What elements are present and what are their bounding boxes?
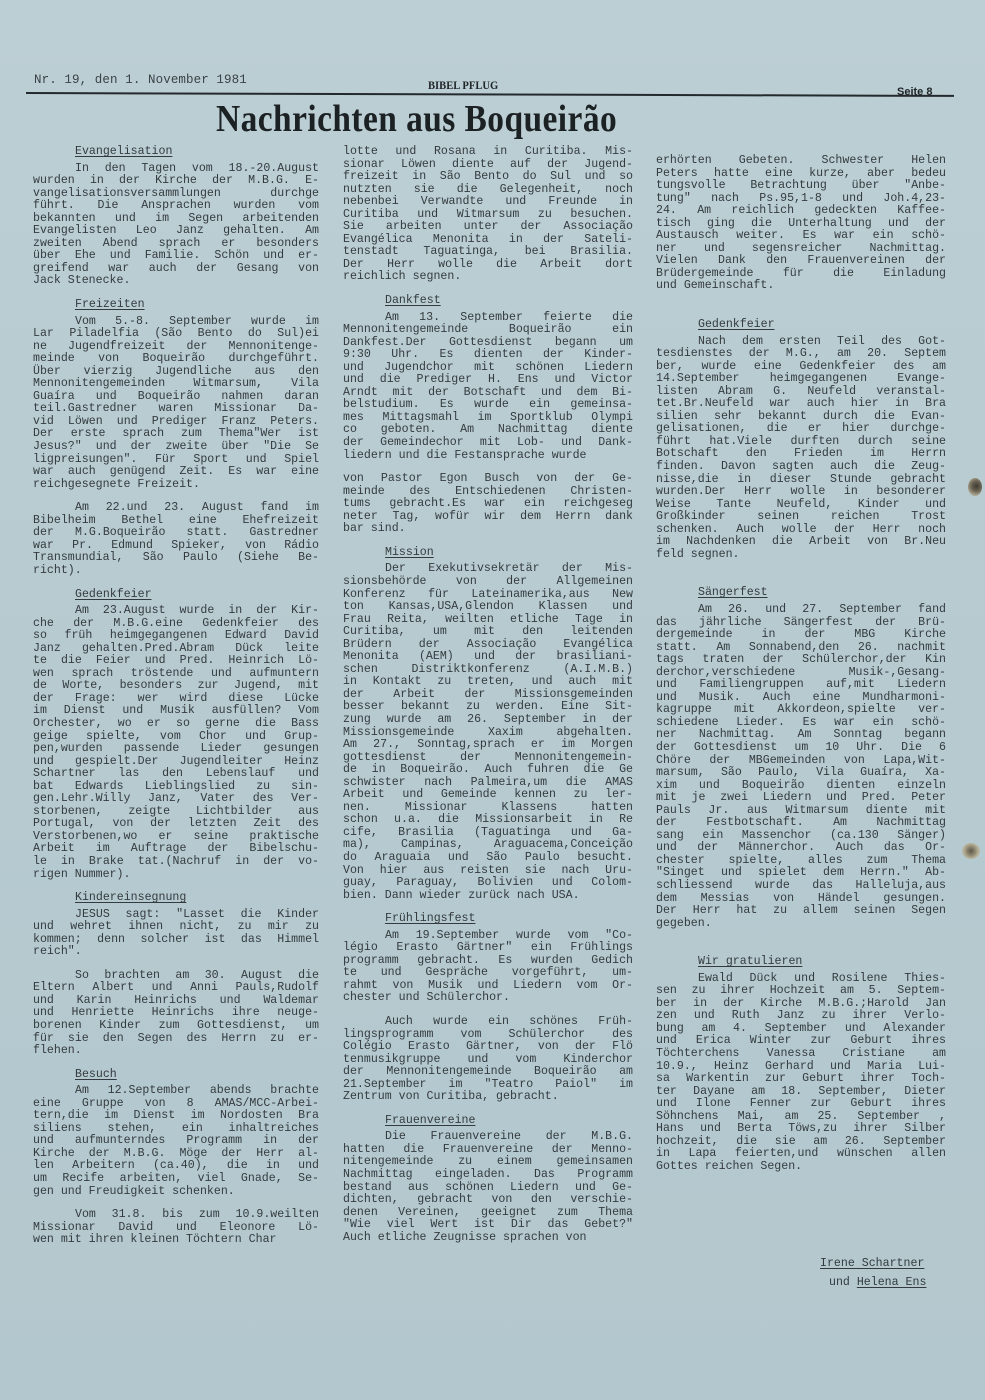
column-3: erhörten Gebeten. Schwester HelenPeters …: [656, 155, 946, 1173]
text-line: Schartner las den Lebenslauf und: [33, 768, 319, 781]
section-heading-text: Wir gratulieren: [698, 955, 802, 968]
text-line: und Familiengruppen auf,mit Liedern: [656, 679, 946, 692]
text-line: der M.G.Boqueirão statt. Gastredner: [33, 527, 319, 540]
text-line: Auch etliche Zeugnisse sprachen von: [343, 1232, 633, 1245]
article-paragraph: Der Exekutivsekretär der Mis-sionsbehörd…: [343, 563, 633, 902]
article-paragraph: JESUS sagt: "Lasset die Kinderund wehret…: [33, 909, 319, 959]
text-line: Am 23.August wurde in der Kir-: [33, 605, 319, 618]
text-line: 9:30 Uhr. Es dienten der Kinder-: [343, 349, 633, 362]
section-heading: Frühlingsfest: [343, 913, 633, 926]
text-line: Am 12.September abends brachte: [33, 1085, 319, 1098]
section-heading: Frauenvereine: [343, 1115, 633, 1128]
text-line: reich".: [33, 946, 319, 959]
text-line: "Wie viel Wert ist Dir das Gebet?": [343, 1219, 633, 1232]
text-line: Evangelisten Leo Janz gehalten. Am: [33, 225, 319, 238]
section-heading: Evangelisation: [33, 146, 319, 159]
section-heading: Dankfest: [343, 295, 633, 308]
text-line: der Festbotschaft. Am Nachmittag: [656, 817, 946, 830]
text-line: und Ilone Fenner zur Geburt ihres: [656, 1098, 946, 1111]
article-paragraph: von Pastor Egon Busch von der Ge-meinde …: [343, 473, 633, 536]
text-line: schon u.a. die Missionsarbeit in Re: [343, 814, 633, 827]
text-line: pen,wurden passende Lieder gesungen: [33, 743, 319, 756]
section-heading-text: Mission: [385, 546, 434, 559]
text-line: sa Warkentin zur Geburt ihrer Toch-: [656, 1073, 946, 1086]
text-line: Am 22.und 23. August fand im: [33, 502, 319, 515]
text-line: nebenbei Verwandte und Freunde in: [343, 196, 633, 209]
text-line: sionsbehörde von der Allgemeinen: [343, 576, 633, 589]
text-line: dichten, gebracht von den verschie-: [343, 1194, 633, 1207]
article-paragraph: erhörten Gebeten. Schwester HelenPeters …: [656, 155, 946, 293]
text-line: reichgesegnete Freizeit.: [33, 479, 319, 492]
article-paragraph: Nach dem ersten Teil des Got-tesdienstes…: [656, 336, 946, 562]
text-line: und die Prediger H. Ens und Victor: [343, 374, 633, 387]
page-title: Nachrichten aus Boqueirão: [216, 97, 709, 141]
text-line: Hans und Berta Töws,zu ihrer Silber: [656, 1123, 946, 1136]
text-line: richt).: [33, 565, 319, 578]
text-line: de in Boqueirão. Auch fuhren die Ge: [343, 764, 633, 777]
text-line: tums gebracht.Es war ein reichgeseg: [343, 498, 633, 511]
text-line: schliessend wurde das Halleluja,aus: [656, 880, 946, 893]
text-line: tet.Br.Neufeld war auch hier in Bra: [656, 398, 946, 411]
text-line: so früh heimgegangenen Edward David: [33, 630, 319, 643]
text-line: Der Herr hat zu allem seinen Segen: [656, 905, 946, 918]
text-line: der Mennonitengemeinde Boqueirão am: [343, 1066, 633, 1079]
text-line: ton Kansas,USA,Glendon Klassen und: [343, 601, 633, 614]
text-line: Töchterchens Vanessa Cristiane am: [656, 1048, 946, 1061]
text-line: war auch genügend Zeit. Es war eine: [33, 466, 319, 479]
section-heading: Besuch: [33, 1069, 319, 1082]
text-line: légio Erasto Gärtner" ein Frühlings: [343, 942, 633, 955]
publication-name: BIBEL PFLUG: [428, 80, 498, 92]
section-heading-text: Evangelisation: [75, 145, 172, 158]
text-line: der Gottesdienst um 10 Uhr. Die 6: [656, 742, 946, 755]
text-line: wurden.Der Herr wolle in besonderer: [656, 486, 946, 499]
text-line: bien. Dann wieder zurück nach USA.: [343, 890, 633, 903]
article-paragraph: Die Frauenvereine der M.B.G.hatten die F…: [343, 1131, 633, 1244]
section-heading: Gedenkfeier: [656, 319, 946, 332]
text-line: flehen.: [33, 1045, 319, 1058]
binder-hole-upper: [968, 478, 982, 496]
text-line: Sie arbeiten unter der Associação: [343, 221, 633, 234]
signature-line-2: und Helena Ens: [829, 1276, 926, 1289]
text-line: 24. Am reichlich gedeckten Kaffee-: [656, 205, 946, 218]
text-line: Vom 31.8. bis zum 10.9.weilten: [33, 1209, 319, 1222]
article-paragraph: Vom 5.-8. September wurde imLar Piladelf…: [33, 316, 319, 492]
column-2: lotte und Rosana in Curitiba. Mis-sionar…: [343, 146, 633, 1244]
section-heading-text: Besuch: [75, 1068, 117, 1081]
text-line: Am 26. und 27. September fand: [656, 604, 946, 617]
text-line: Menonita (AEM) und der brasiliani-: [343, 651, 633, 664]
section-heading: Wir gratulieren: [656, 956, 946, 969]
text-line: gegeben.: [656, 918, 946, 931]
text-line: sen zu ihrer Hochzeit am 5. Septem-: [656, 985, 946, 998]
section-heading: Gedenkfeier: [33, 589, 319, 602]
text-line: gen und Freudigkeit schenken.: [33, 1186, 319, 1199]
issue-info: Nr. 19, den 1. November 1981: [34, 73, 247, 87]
text-line: erhörten Gebeten. Schwester Helen: [656, 155, 946, 168]
article-paragraph: So brachten am 30. August dieEltern Albe…: [33, 970, 319, 1058]
text-line: Am 27., Sonntag,sprach er im Morgen: [343, 739, 633, 752]
article-paragraph: Am 12.September abends brachteeine Grupp…: [33, 1085, 319, 1198]
text-line: und wehret ihnen nicht, zu mir zu: [33, 921, 319, 934]
text-line: Orchester, wo er so gerne die Bass: [33, 718, 319, 731]
text-line: mit je zwei Liedern und Pred. Peter: [656, 792, 946, 805]
text-line: tern,die im Dienst im Nordosten Bra: [33, 1110, 319, 1123]
text-line: lotte und Rosana in Curitiba. Mis-: [343, 146, 633, 159]
text-line: um Recife arbeiten, viel Gnade, Se-: [33, 1173, 319, 1186]
text-line: de Worte, besonders zur Jugend, mit: [33, 680, 319, 693]
text-line: Nachmittag eingeladen. Das Programm: [343, 1169, 633, 1182]
article-paragraph: Am 22.und 23. August fand imBibelheim Be…: [33, 502, 319, 577]
section-heading-text: Dankfest: [385, 294, 441, 307]
text-line: Jesus?" und der zweite über "Die Se: [33, 441, 319, 454]
text-line: zung wurde am 26. September in der: [343, 714, 633, 727]
text-line: und Gemeinschaft.: [656, 280, 946, 293]
signature-name-1: Irene Schartner: [820, 1257, 924, 1270]
text-line: führt. Die Ansprachen wurden vom: [33, 200, 319, 213]
text-line: der Gemeindechor mit Lob- und Dank-: [343, 437, 633, 450]
section-heading-text: Frauenvereine: [385, 1114, 475, 1127]
text-line: Lar Piladelfia (São Bento do Sul)ei: [33, 328, 319, 341]
section-heading: Sängerfest: [656, 587, 946, 600]
article-paragraph: Am 19.September wurde vom "Co-légio Eras…: [343, 930, 633, 1005]
text-line: feld segnen.: [656, 549, 946, 562]
section-heading-text: Kindereinsegnung: [75, 891, 186, 904]
text-line: Austausch weiter. Es war ein schö-: [656, 230, 946, 243]
text-line: chester und Schülerchor.: [343, 992, 633, 1005]
text-line: bar sind.: [343, 523, 633, 536]
text-line: in Kontakt zu treten, und auch mit: [343, 676, 633, 689]
text-line: wen mit ihren kleinen Töchtern Char: [33, 1234, 319, 1247]
text-line: von Pastor Egon Busch von der Ge-: [343, 473, 633, 486]
text-line: kagruppe mit Akkordeon,spielte ver-: [656, 704, 946, 717]
article-paragraph: Am 13. September feierte dieMennonitenge…: [343, 312, 633, 463]
text-line: finden. Davon sagten auch die Zeug-: [656, 461, 946, 474]
article-paragraph: Am 26. und 27. September fanddas jährlic…: [656, 604, 946, 930]
text-line: do Araguaia und São Paulo besucht.: [343, 852, 633, 865]
text-line: freizeit in São Bento do Sul und so: [343, 171, 633, 184]
text-line: liedern und die Festansprache wurde: [343, 450, 633, 463]
text-line: tags traten der Schülerchor,der Kin: [656, 654, 946, 667]
text-line: 14.September heimgegangenen Evange-: [656, 373, 946, 386]
text-line: meinde von Boqueirão durchgeführt.: [33, 353, 319, 366]
section-heading-text: Sängerfest: [698, 586, 768, 599]
section-heading-text: Frühlingsfest: [385, 912, 475, 925]
text-line: reichlich segnen.: [343, 271, 633, 284]
text-line: Auch wurde ein schönes Früh-: [343, 1016, 633, 1029]
article-paragraph: Ewald Dück und Rosilene Thies-sen zu ihr…: [656, 973, 946, 1174]
section-heading-text: Gedenkfeier: [75, 588, 152, 601]
text-line: Arbeit und Gemeinde kennen zu ler-: [343, 789, 633, 802]
text-line: Curitiba, um mit den leitenden: [343, 626, 633, 639]
text-line: Portugal, von der letzten Zeit des: [33, 818, 319, 831]
text-line: wurden in der Kirche der M.B.G. E-: [33, 175, 319, 188]
article-paragraph: Auch wurde ein schönes Früh-lingsprogram…: [343, 1016, 633, 1104]
binder-hole-lower: [962, 843, 980, 859]
text-line: Gottes reichen Segen.: [656, 1161, 946, 1174]
text-line: tesdienstes der M.G., am 20. Septem: [656, 348, 946, 361]
text-line: und der Männerchor. Auch das Or-: [656, 842, 946, 855]
text-line: Mennonitengemeinde Boqueirão ein: [343, 324, 633, 337]
text-line: borenen Kinder zum Gottesdienst, um: [33, 1020, 319, 1033]
text-line: tungsvolle Betrachtung über "Anbe-: [656, 180, 946, 193]
text-line: gen.Lehr.Willy Janz, Vater des Ver-: [33, 793, 319, 806]
section-heading: Mission: [343, 547, 633, 560]
article-paragraph: In den Tagen vom 18.-20.Augustwurden in …: [33, 163, 319, 288]
text-line: Mennonitengemeinden Witmarsum, Vila: [33, 378, 319, 391]
text-line: im Nachdenken die Arbeit von Br.Neu: [656, 536, 946, 549]
section-heading: Freizeiten: [33, 299, 319, 312]
text-line: guay, Paraguay, Bolivien und Colom-: [343, 877, 633, 890]
section-heading: Kindereinsegnung: [33, 892, 319, 905]
text-line: dergemeinde in der MBG Kirche: [656, 629, 946, 642]
text-line: Colégio Erasto Gärtner, von der Flö: [343, 1041, 633, 1054]
text-line: rigen Nummer).: [33, 869, 319, 882]
text-line: marsum, São Paulo, Vila Guaíra, Xa-: [656, 767, 946, 780]
text-line: Jack Stenecke.: [33, 275, 319, 288]
newspaper-page: Nr. 19, den 1. November 1981 BIBEL PFLUG…: [0, 0, 985, 1400]
column-1: EvangelisationIn den Tagen vom 18.-20.Au…: [33, 146, 319, 1247]
text-line: le in Brake tat.(Nachruf in der vo-: [33, 856, 319, 869]
text-line: te die Feier und Pred. Heinrich Lö-: [33, 655, 319, 668]
section-heading-text: Freizeiten: [75, 298, 145, 311]
article-paragraph: Am 23.August wurde in der Kir-che der M.…: [33, 605, 319, 881]
article-paragraph: lotte und Rosana in Curitiba. Mis-sionar…: [343, 146, 633, 284]
text-line: Großkinder seinen reichen Trost: [656, 511, 946, 524]
text-line: Zentrum von Curitiba, gebracht.: [343, 1091, 633, 1104]
article-paragraph: Vom 31.8. bis zum 10.9.weiltenMissionar …: [33, 1209, 319, 1247]
section-heading-text: Gedenkfeier: [698, 318, 775, 331]
